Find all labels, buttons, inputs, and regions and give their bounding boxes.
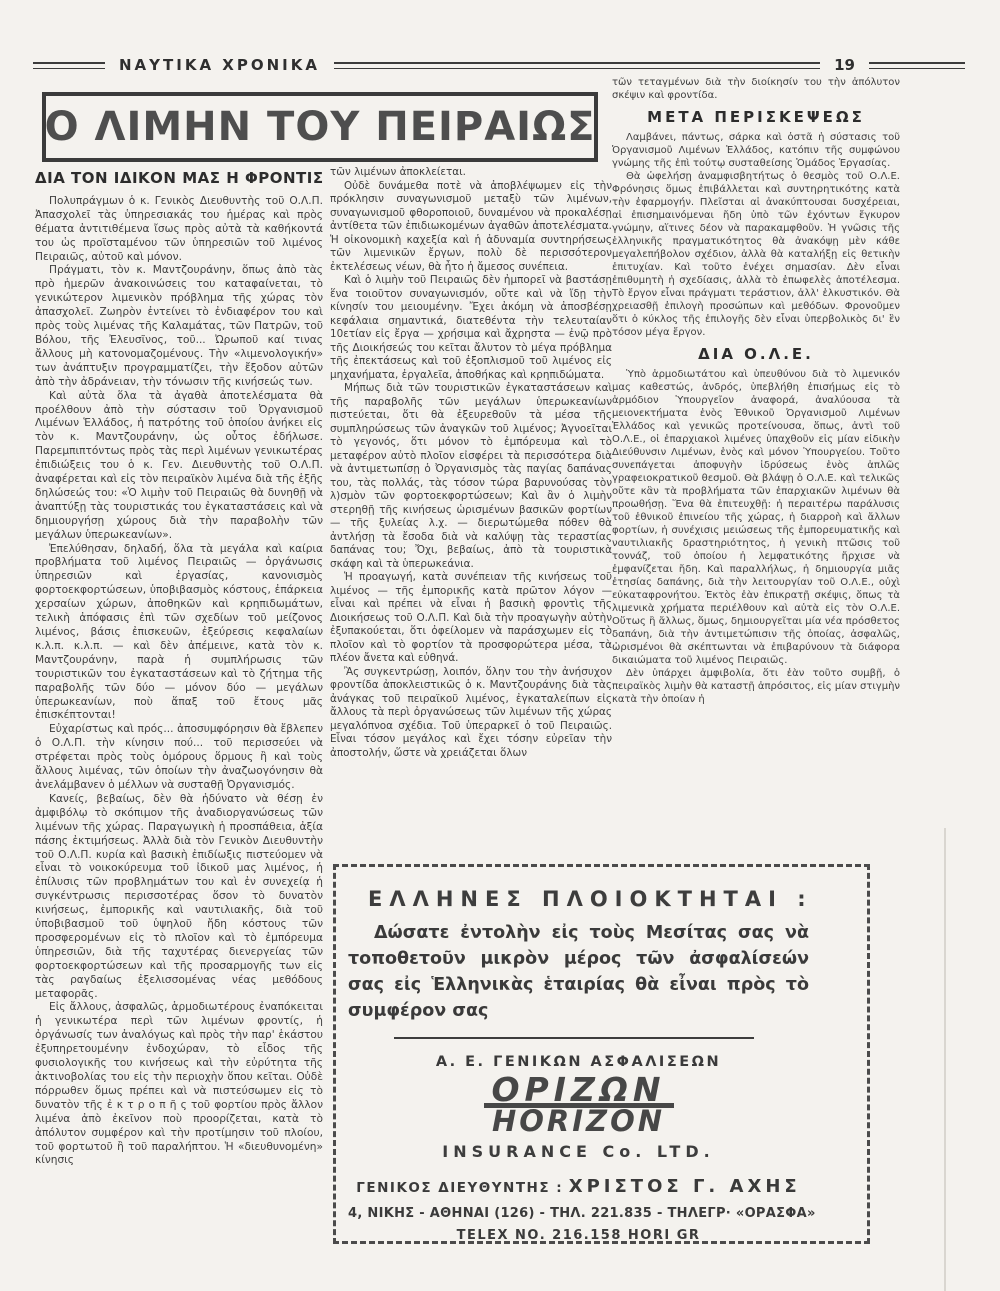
- paragraph: Δὲν ὑπάρχει ἀμφιβολία, ὅτι ἐὰν τοῦτο συμ…: [612, 667, 900, 706]
- paragraph: Ἐπελύθησαν, δηλαδή, ὅλα τὰ μεγάλα καὶ κα…: [35, 543, 323, 724]
- paragraph: Εἰς ἄλλους, ἀσφαλῶς, ἁρμοδιωτέρους ἐναπό…: [35, 1001, 323, 1168]
- horizon-insurance-ad: ΕΛΛΗΝΕΣ ΠΛΟΙΟΚΤΗΤΑΙ : Δώσατε ἐντολὴν εἰς…: [333, 864, 870, 1244]
- section-heading-frontis: ΔΙΑ ΤΟΝ ΙΔΙΚΟΝ ΜΑΣ Η ΦΡΟΝΤΙΣ: [35, 172, 323, 186]
- article-column-2: τῶν λιμένων ἀποκλείεται. Οὐδὲ δυνάμεθα π…: [330, 166, 612, 860]
- headline-box: Ο ΛΙΜΗΝ ΤΟΥ ΠΕΙΡΑΙΩΣ: [42, 92, 598, 162]
- logo-latin-wordmark: HORIZON: [348, 1106, 809, 1136]
- ad-slogan: Δώσατε ἐντολὴν εἰς τοὺς Μεσίτας σας νὰ τ…: [348, 921, 809, 1025]
- logo-greek-wordmark: ΟΡΙΖΩΝ: [348, 1073, 809, 1108]
- page-number: 19: [834, 56, 855, 74]
- paragraph: Οὐδὲ δυνάμεθα ποτὲ νὰ ἀποβλέψωμεν εἰς τὴ…: [330, 180, 612, 275]
- ad-company-type: Α. Ε. ΓΕΝΙΚΩΝ ΑΣΦΑΛΙΣΕΩΝ: [348, 1054, 809, 1070]
- paragraph: Λαμβάνει, πάντως, σάρκα καὶ ὀστᾶ ἡ σύστα…: [612, 131, 900, 170]
- article-column-3: τῶν τεταγμένων διὰ τὴν διοίκησίν του τὴν…: [612, 76, 900, 858]
- director-name: ΧΡΙΣΤΟΣ Γ. ΑΧΗΣ: [569, 1176, 801, 1197]
- section-heading-dia-ole: ΔΙΑ Ο.Λ.Ε.: [612, 348, 900, 361]
- ad-divider: [394, 1037, 754, 1039]
- masthead-rule-right: [869, 62, 965, 69]
- magazine-page: ΝΑΥΤΙΚΑ ΧΡΟΝΙΚΑ 19 Ο ΛΙΜΗΝ ΤΟΥ ΠΕΙΡΑΙΩΣ …: [0, 0, 1000, 1291]
- scan-artifact-line: [944, 828, 946, 1291]
- paragraph: Ὑπὸ ἁρμοδιωτάτου καὶ ὑπευθύνου διὰ τὸ λι…: [612, 368, 900, 667]
- ad-telex: TELEX NO. 216.158 HORI GR: [348, 1228, 809, 1243]
- section-heading-meta-periskepseos: ΜΕΤΑ ΠΕΡΙΣΚΕΨΕΩΣ: [612, 111, 900, 124]
- paragraph: Πολυπράγμων ὁ κ. Γενικὸς Διευθυντὴς τοῦ …: [35, 195, 323, 265]
- paragraph: τῶν τεταγμένων διὰ τὴν διοίκησίν του τὴν…: [612, 76, 900, 102]
- paragraph: Καὶ ὁ λιμὴν τοῦ Πειραιῶς δὲν ἠμπορεῖ νὰ …: [330, 274, 612, 382]
- paragraph: Πράγματι, τὸν κ. Μαντζουράνην, ὅπως ἀπὸ …: [35, 264, 323, 389]
- director-label: ΓΕΝΙΚΟΣ ΔΙΕΥΘΥΝΤΗΣ :: [356, 1180, 563, 1196]
- masthead-rule-middle: [334, 62, 820, 69]
- ad-address: 4, ΝΙΚΗΣ - ΑΘΗΝΑΙ (126) - ΤΗΛ. 221.835 -…: [348, 1206, 809, 1221]
- horizon-logo: ΟΡΙΖΩΝ HORIZON: [348, 1073, 809, 1137]
- paragraph: Καὶ αὐτὰ ὅλα τὰ ἀγαθὰ ἀποτελέσματα θὰ πρ…: [35, 390, 323, 543]
- article-column-1: ΔΙΑ ΤΟΝ ΙΔΙΚΟΝ ΜΑΣ Η ΦΡΟΝΤΙΣ Πολυπράγμων…: [35, 172, 323, 1264]
- paragraph: Μήπως διὰ τῶν τουριστικῶν ἐγκαταστάσεων …: [330, 382, 612, 571]
- ad-director-line: ΓΕΝΙΚΟΣ ΔΙΕΥΘΥΝΤΗΣ : ΧΡΙΣΤΟΣ Γ. ΑΧΗΣ: [348, 1176, 809, 1197]
- paragraph: τῶν λιμένων ἀποκλείεται.: [330, 166, 612, 180]
- paragraph: Κανείς, βεβαίως, δὲν θὰ ἠδύνατο νὰ θέσῃ …: [35, 793, 323, 1002]
- ad-heading: ΕΛΛΗΝΕΣ ΠΛΟΙΟΚΤΗΤΑΙ :: [368, 887, 809, 911]
- paragraph: Θὰ ὠφελήσῃ ἀναμφισβητήτως ὁ θεσμὸς τοῦ Ο…: [612, 170, 900, 339]
- ad-company-name: INSURANCE Co. LTD.: [348, 1142, 809, 1161]
- paragraph: Ἂς συγκεντρώσῃ, λοιπόν, ὅλην του τὴν ἀνή…: [330, 666, 612, 761]
- masthead: ΝΑΥΤΙΚΑ ΧΡΟΝΙΚΑ 19: [33, 56, 965, 74]
- magazine-title: ΝΑΥΤΙΚΑ ΧΡΟΝΙΚΑ: [119, 56, 320, 74]
- article-headline: Ο ΛΙΜΗΝ ΤΟΥ ΠΕΙΡΑΙΩΣ: [45, 104, 596, 150]
- paragraph: Ἡ προαγωγή, κατὰ συνέπειαν τῆς κινήσεως …: [330, 571, 612, 666]
- masthead-rule-left: [33, 62, 105, 69]
- paragraph: Εὐχαρίστως καὶ πρός... ἀποσυμφόρησιν θὰ …: [35, 723, 323, 793]
